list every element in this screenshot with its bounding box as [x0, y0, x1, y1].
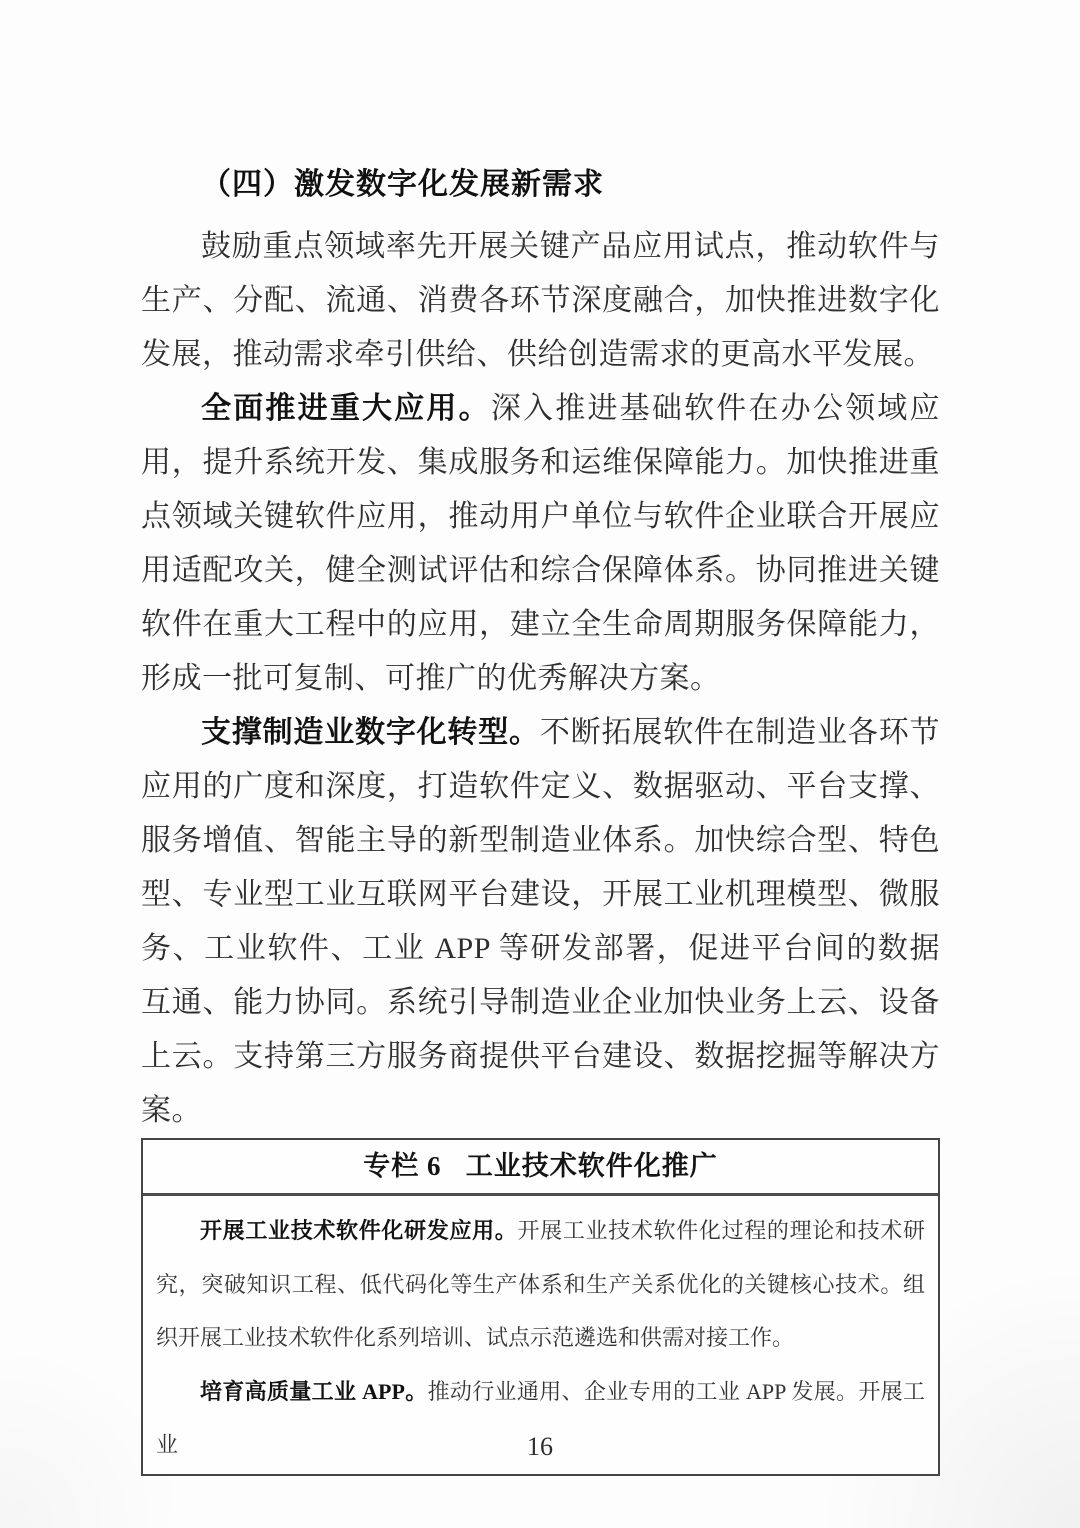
paragraph-lead: 开展工业技术软件化研发应用。	[200, 1218, 517, 1243]
paragraph-text: 不断拓展软件在制造业各环节应用的广度和深度，打造软件定义、数据驱动、平台支撑、服…	[141, 716, 940, 1127]
section-heading: （四）激发数字化发展新需求	[141, 158, 940, 212]
page-content: （四）激发数字化发展新需求 鼓励重点领域率先开展关键产品应用试点，推动软件与生产…	[141, 158, 940, 1476]
paragraph-lead: 培育高质量工业 APP。	[200, 1379, 428, 1404]
paragraph-text: 深入推进基础软件在办公领域应用，提升系统开发、集成服务和运维保障能力。加快推进重…	[141, 392, 940, 695]
feature-box-label: 专栏 6	[363, 1151, 441, 1181]
document-page: （四）激发数字化发展新需求 鼓励重点领域率先开展关键产品应用试点，推动软件与生产…	[0, 0, 1080, 1528]
feature-box-title: 工业技术软件化推广	[466, 1151, 718, 1181]
page-number: 16	[0, 1432, 1080, 1462]
feature-box: 专栏 6工业技术软件化推广 开展工业技术软件化研发应用。开展工业技术软件化过程的…	[141, 1138, 940, 1476]
paragraph-text: 鼓励重点领域率先开展关键产品应用试点，推动软件与生产、分配、流通、消费各环节深度…	[141, 230, 940, 371]
paragraph-lead: 支撑制造业数字化转型。	[201, 716, 540, 749]
paragraph-lead: 全面推进重大应用。	[201, 392, 491, 425]
paragraph: 支撑制造业数字化转型。不断拓展软件在制造业各环节应用的广度和深度，打造软件定义、…	[141, 706, 940, 1138]
paragraph: 全面推进重大应用。深入推进基础软件在办公领域应用，提升系统开发、集成服务和运维保…	[141, 382, 940, 706]
feature-box-paragraph: 开展工业技术软件化研发应用。开展工业技术软件化过程的理论和技术研究，突破知识工程…	[156, 1204, 925, 1365]
paragraph: 鼓励重点领域率先开展关键产品应用试点，推动软件与生产、分配、流通、消费各环节深度…	[141, 220, 940, 382]
feature-box-header: 专栏 6工业技术软件化推广	[143, 1140, 938, 1196]
